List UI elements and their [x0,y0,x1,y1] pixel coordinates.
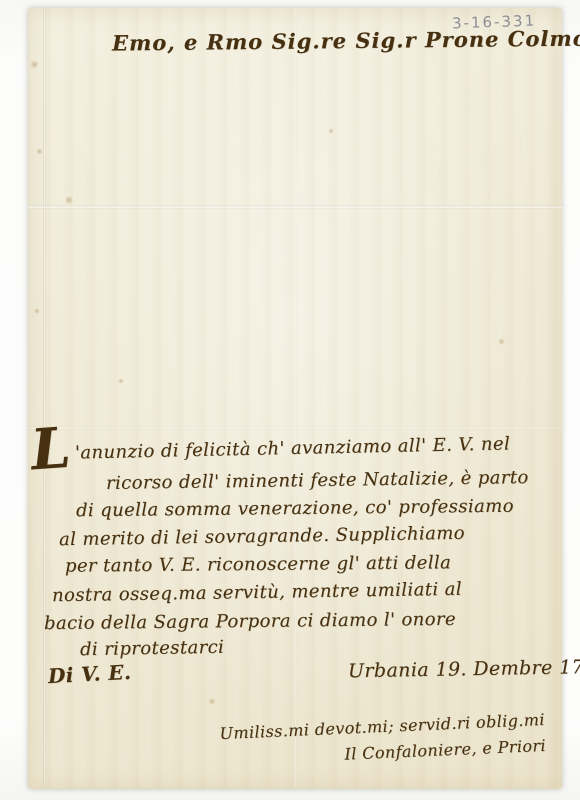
opening-initial: L [29,415,73,484]
foxing-spot [208,698,216,705]
left-fold-crease [43,8,46,789]
dateline: Urbania 19. Dembre 1723. [348,656,580,683]
body-line: nostra osseq.ma servitù, mentre umiliati… [52,579,462,606]
body-line: ricorso dell' iminenti feste Natalizie, … [106,467,529,494]
foxing-spot [498,338,505,345]
letter-paper: 3-16-331 Emo, e Rmo Sig.re Sig.r Prone C… [28,8,562,789]
vertical-fold-crease [294,8,297,789]
valediction: Di V. E. [47,660,131,688]
foxing-spot [34,308,40,314]
salutation-line: Emo, e Rmo Sig.re Sig.r Prone Colmo. [112,25,580,55]
foxing-spot [30,60,39,69]
body-line: al merito di lei sovragrande. Supplichia… [59,523,465,550]
signature-block: Umiliss.mi devot.mi; servid.ri oblig.mi … [219,707,547,773]
foxing-spot [36,148,43,155]
foxing-spot [118,378,124,384]
document-scan: 3-16-331 Emo, e Rmo Sig.re Sig.r Prone C… [0,0,580,800]
foxing-spot [328,128,334,134]
body-line: di riprotestarci [80,637,225,661]
body-line: per tanto V. E. riconoscerne gl' atti de… [65,552,451,576]
foxing-spot [64,196,74,204]
body-line: di quella somma venerazione, co' profess… [76,496,514,522]
body-line: 'anunzio di felicità ch' avanziamo all' … [75,433,511,463]
body-line: bacio della Sagra Porpora ci diamo l' on… [44,609,456,634]
